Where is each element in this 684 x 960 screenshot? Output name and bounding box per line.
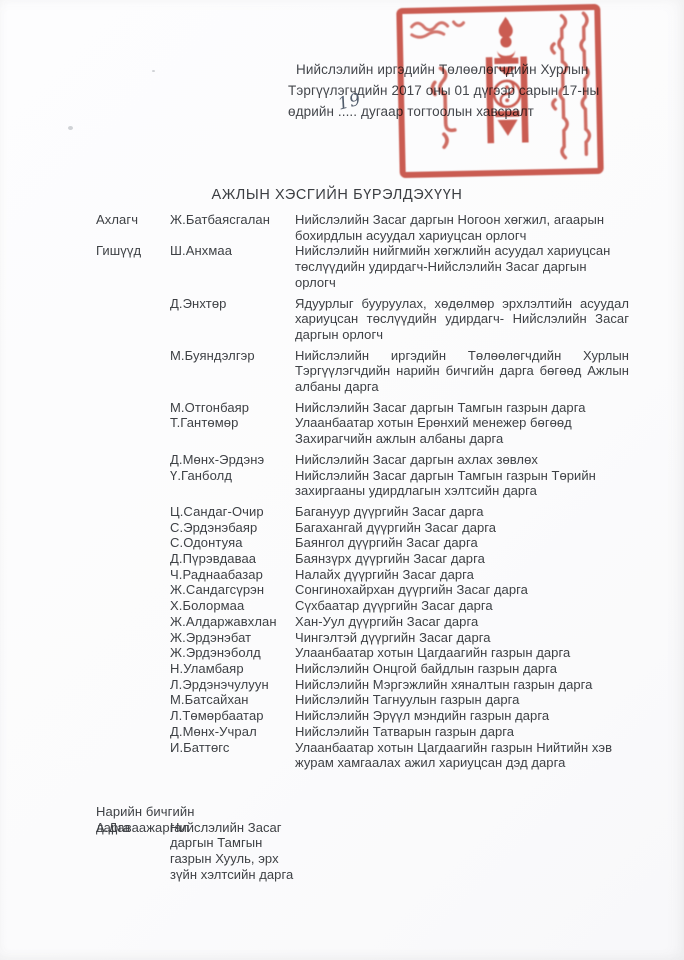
role-label (96, 452, 170, 468)
member-name: И.Баттөгс (170, 740, 295, 771)
official-red-stamp (395, 3, 605, 179)
member-name: Ч.Раднаабазар (170, 567, 295, 583)
roster-row: Л.Эрдэнэчулуун Нийслэлийн Мэргэжлийн хян… (96, 677, 630, 693)
roster-row: Ж.Эрдэнэболд Улаанбаатар хотын Цагдаагий… (96, 645, 630, 661)
role-label (96, 614, 170, 630)
member-name: Т.Гантөмөр (170, 415, 295, 446)
role-label (96, 630, 170, 646)
role-label (96, 708, 170, 724)
roster-row: Ж.Сандагсүрэн Сонгинохайрхан дүүргийн За… (96, 582, 630, 598)
roster-row: С.Одонтуяа Баянгол дүүргийн Засаг дарга (96, 535, 630, 551)
role-label (96, 400, 170, 416)
role-label (96, 582, 170, 598)
role-label (96, 692, 170, 708)
member-name: Л.Төмөрбаатар (170, 708, 295, 724)
member-position: Улаанбаатар хотын Ерөнхий менежер бөгөөд… (295, 415, 629, 446)
member-position: Улаанбаатар хотын Цагдаагийн газрын Нийт… (295, 740, 629, 771)
roster-row: М.Буяндэлгэр Нийслэлийн иргэдийн Төлөөлө… (96, 348, 630, 395)
member-position: Ядуурлыг бууруулах, хөдөлмөр эрхлэлтийн … (295, 296, 629, 343)
role-label (96, 677, 170, 693)
member-position: Нийслэлийн Мэргэжлийн хяналтын газрын да… (295, 677, 629, 693)
role-label (96, 551, 170, 567)
member-position: Баянзүрх дүүргийн Засаг дарга (295, 551, 629, 567)
role-label (96, 535, 170, 551)
roster-row: Ахлагч Ж.Батбаясгалан Нийслэлийн Засаг д… (96, 212, 630, 243)
member-position: Сүхбаатар дүүргийн Засаг дарга (295, 598, 629, 614)
roster-row: И.Баттөгс Улаанбаатар хотын Цагдаагийн г… (96, 740, 630, 771)
member-name: С.Одонтуяа (170, 535, 295, 551)
roster-row: Т.Гантөмөр Улаанбаатар хотын Ерөнхий мен… (96, 415, 630, 446)
roster-row: Гишүүд Ш.Анхмаа Нийслэлийн нийгмийн хөгж… (96, 243, 630, 290)
role-label (96, 661, 170, 677)
soyombo-emblem (485, 16, 529, 143)
member-name: Ж.Батбаясгалан (170, 212, 295, 243)
roster-row: С.Эрдэнэбаяр Багахангай дүүргийн Засаг д… (96, 520, 630, 536)
member-position: Хан-Уул дүүргийн Засаг дарга (295, 614, 629, 630)
member-position: Чингэлтэй дүүргийн Засаг дарга (295, 630, 629, 646)
roster-row: М.Отгонбаяр Нийслэлийн Засаг даргын Тамг… (96, 400, 630, 416)
roster-row: Ч.Раднаабазар Налайх дүүргийн Засаг дарг… (96, 567, 630, 583)
member-position: Нийслэлийн Онцгой байдлын газрын дарга (295, 661, 629, 677)
role-label (96, 598, 170, 614)
roster-row: М.Батсайхан Нийслэлийн Тагнуулын газрын … (96, 692, 630, 708)
member-name: Ш.Анхмаа (170, 243, 295, 290)
roster-group: Гишүүд Ш.Анхмаа Нийслэлийн нийгмийн хөгж… (96, 243, 630, 771)
roster-table: Ахлагч Ж.Батбаясгалан Нийслэлийн Засаг д… (96, 212, 630, 882)
roster-group: Нарийн бичгийн дарга А.Даваажаргал Нийсл… (96, 804, 630, 883)
member-position: Баянгол дүүргийн Засаг дарга (295, 535, 629, 551)
member-name: Ц.Сандаг-Очир (170, 504, 295, 520)
member-name: Ү.Ганболд (170, 468, 295, 499)
document-title: АЖЛЫН ХЭСГИЙН БҮРЭЛДЭХҮҮН (0, 187, 674, 203)
mongolian-script-right (551, 13, 590, 158)
member-position: Нийслэлийн нийгмийн хөгжлийн асуудал хар… (295, 243, 629, 290)
member-position: Багануур дүүргийн Засаг дарга (295, 504, 629, 520)
member-name: М.Отгонбаяр (170, 400, 295, 416)
member-position: Нийслэлийн Засаг даргын ахлах зөвлөх (295, 452, 629, 468)
role-label (96, 415, 170, 446)
member-name: Д.Мөнх-Учрал (170, 724, 295, 740)
roster-row: Ц.Сандаг-Очир Багануур дүүргийн Засаг да… (96, 504, 630, 520)
member-name: М.Буяндэлгэр (170, 348, 295, 395)
roster-row: Д.Мөнх-Учрал Нийслэлийн Татварын газрын … (96, 724, 630, 740)
member-name: Д.Энхтөр (170, 296, 295, 343)
member-name: Ж.Эрдэнэбат (170, 630, 295, 646)
roster-row: Д.Мөнх-Эрдэнэ Нийслэлийн Засаг даргын ах… (96, 452, 630, 468)
member-position: Нийслэлийн иргэдийн Төлөөлөгчдийн Хурлын… (295, 348, 629, 395)
member-position: Сонгинохайрхан дүүргийн Засаг дарга (295, 582, 629, 598)
role-label (96, 468, 170, 499)
member-name: М.Батсайхан (170, 692, 295, 708)
role-label: Ахлагч (96, 212, 170, 243)
document-page: Нийслэлийн иргэдийн Төлөөлөгчдийн Хурлын… (0, 0, 684, 960)
member-name: С.Эрдэнэбаяр (170, 520, 295, 536)
role-label: Гишүүд (96, 243, 170, 290)
paper-speck (68, 126, 73, 130)
member-position: Нийслэлийн Эрүүл мэндийн газрын дарга (295, 708, 629, 724)
member-position: Нийслэлийн Засаг даргын Тамгын газрын да… (295, 400, 629, 416)
roster-row: Н.Уламбаяр Нийслэлийн Онцгой байдлын газ… (96, 661, 630, 677)
roster-row: Д.Энхтөр Ядуурлыг бууруулах, хөдөлмөр эр… (96, 296, 630, 343)
paper-speck (152, 70, 155, 72)
roster-group: Ахлагч Ж.Батбаясгалан Нийслэлийн Засаг д… (96, 212, 630, 243)
member-name: Ж.Алдаржавхлан (170, 614, 295, 630)
member-position: Улаанбаатар хотын Цагдаагийн газрын дарг… (295, 645, 629, 661)
role-label (96, 296, 170, 343)
member-position: Нийслэлийн Тагнуулын газрын дарга (295, 692, 629, 708)
role-label (96, 724, 170, 740)
roster-row: Ж.Эрдэнэбат Чингэлтэй дүүргийн Засаг дар… (96, 630, 630, 646)
member-name: Л.Эрдэнэчулуун (170, 677, 295, 693)
mongolian-script-top (412, 22, 464, 38)
member-position: Нийслэлийн Засаг даргын Тамгын газрын Тө… (295, 468, 629, 499)
roster-row: Ү.Ганболд Нийслэлийн Засаг даргын Тамгын… (96, 468, 630, 499)
member-name: Ж.Эрдэнэболд (170, 645, 295, 661)
roster-row: Д.Пүрэвдаваа Баянзүрх дүүргийн Засаг дар… (96, 551, 630, 567)
member-position: Нийслэлийн Татварын газрын дарга (295, 724, 629, 740)
roster-row: Л.Төмөрбаатар Нийслэлийн Эрүүл мэндийн г… (96, 708, 630, 724)
member-name: Н.Уламбаяр (170, 661, 295, 677)
roster-row: Х.Болормаа Сүхбаатар дүүргийн Засаг дарг… (96, 598, 630, 614)
mongolian-script-left (432, 68, 455, 147)
role-label (96, 740, 170, 771)
member-position: Нийслэлийн Засаг даргын Ногоон хөгжил, а… (295, 212, 629, 243)
member-name: Х.Болормаа (170, 598, 295, 614)
role-label (96, 567, 170, 583)
role-label (96, 645, 170, 661)
member-name: Д.Пүрэвдаваа (170, 551, 295, 567)
member-name: Ж.Сандагсүрэн (170, 582, 295, 598)
role-label (96, 348, 170, 395)
roster-row: Нарийн бичгийн дарга А.Даваажаргал Нийсл… (96, 820, 630, 883)
role-label (96, 520, 170, 536)
role-label: Нарийн бичгийн дарга (96, 804, 206, 835)
member-position: Багахангай дүүргийн Засаг дарга (295, 520, 629, 536)
member-name: Д.Мөнх-Эрдэнэ (170, 452, 295, 468)
stamp-graphic (395, 3, 605, 179)
roster-row: Ж.Алдаржавхлан Хан-Уул дүүргийн Засаг да… (96, 614, 630, 630)
role-label (96, 504, 170, 520)
member-position: Налайх дүүргийн Засаг дарга (295, 567, 629, 583)
